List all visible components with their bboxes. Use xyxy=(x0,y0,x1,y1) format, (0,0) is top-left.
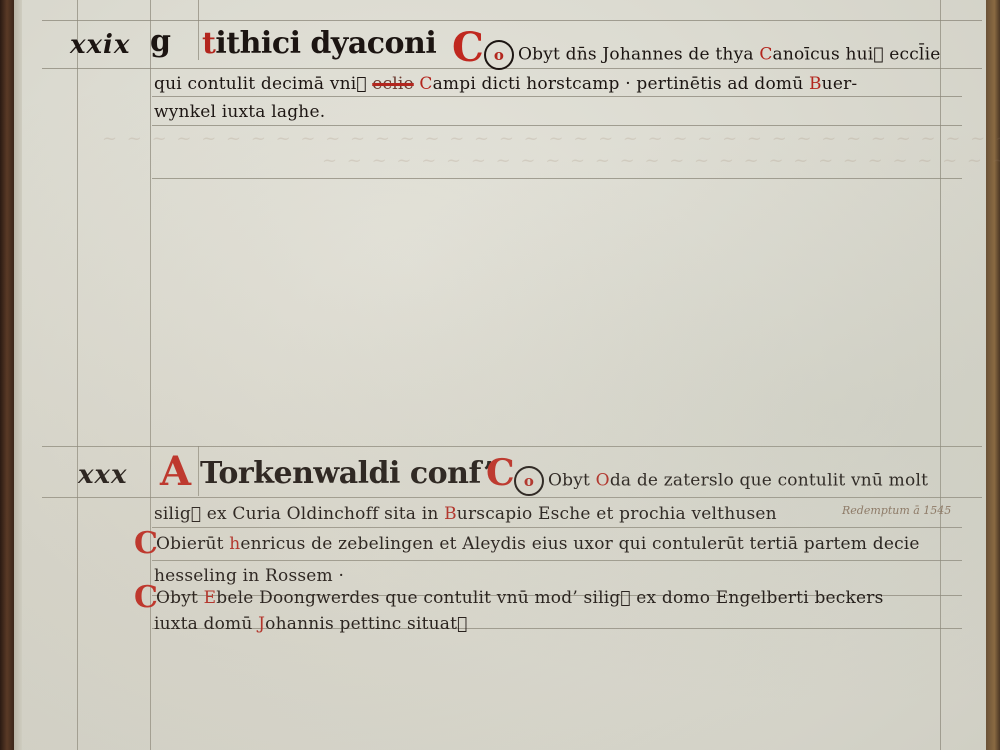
date-numeral: xxix xyxy=(70,30,130,60)
ruling-column xyxy=(940,0,941,750)
saint-name: Torkenwaldi conf’ xyxy=(200,456,493,491)
bleed-through-text: ~ ~ ~ ~ ~ ~ ~ ~ ~ ~ ~ ~ ~ ~ ~ ~ ~ ~ ~ ~ … xyxy=(102,128,1000,149)
entry-line: Obyt Ebele Doongwerdes que contulit vnū… xyxy=(156,588,884,608)
ruling-line xyxy=(152,560,962,561)
book-binding-left xyxy=(0,0,14,750)
entry-line: hesseling in Rossem · xyxy=(154,566,344,586)
margin-annotation: Redemptum ā 1545 xyxy=(842,504,951,517)
book-binding-right xyxy=(986,0,1000,750)
ruling-line xyxy=(152,178,962,179)
manuscript-page: ~ ~ ~ ~ ~ ~ ~ ~ ~ ~ ~ ~ ~ ~ ~ ~ ~ ~ ~ ~ … xyxy=(22,0,986,750)
saint-initial: t xyxy=(202,26,215,61)
obit-mark-rubric: C xyxy=(134,580,158,615)
obit-mark-rubric: C xyxy=(486,452,515,494)
bleed-through-text: ~ ~ ~ ~ ~ ~ ~ ~ ~ ~ ~ ~ ~ ~ ~ ~ ~ ~ ~ ~ … xyxy=(322,150,1000,171)
entry-line: Obierūt henricus de zebelingen et Aleyd… xyxy=(156,534,920,554)
ruling-line xyxy=(42,497,982,498)
dominical-letter: A xyxy=(160,448,191,495)
date-numeral: xxx xyxy=(78,460,128,490)
entry-line: oObyt dn̄s Johannes de thya Canoīcus hu… xyxy=(484,40,940,70)
ruling-line xyxy=(152,96,962,97)
obit-mark-rubric: C xyxy=(452,24,484,71)
ruling-column xyxy=(198,446,199,496)
ruling-line xyxy=(152,527,962,528)
entry-line: qui contulit decimā vni᷒ eclie Campi di… xyxy=(154,74,857,94)
ruling-column xyxy=(198,0,199,60)
saint-name: tithici dyaconi xyxy=(202,26,436,61)
entry-line: silig᷒ ex Curia Oldinchoff sita in Bursc… xyxy=(154,504,777,524)
ruling-column xyxy=(150,0,151,750)
entry-line: oObyt Oda de zaterslo que contulit vnū … xyxy=(514,466,928,496)
saint-name-rest: Torkenwaldi conf’ xyxy=(200,456,493,491)
obit-o-initial: o xyxy=(514,466,544,496)
obit-o-initial: o xyxy=(484,40,514,70)
obit-mark-rubric: C xyxy=(134,526,158,561)
saint-name-rest: ithici dyaconi xyxy=(215,26,436,61)
dominical-letter: g xyxy=(150,24,170,59)
entry-line: wynkel iuxta laghe. xyxy=(154,102,325,122)
ruling-line xyxy=(42,446,982,447)
ruling-line xyxy=(42,20,982,21)
ruling-column xyxy=(77,0,78,750)
entry-line: iuxta domū Johannis pettinc situat᷒ xyxy=(154,614,467,634)
ruling-line xyxy=(152,125,962,126)
struck-word: eclie xyxy=(372,74,414,94)
